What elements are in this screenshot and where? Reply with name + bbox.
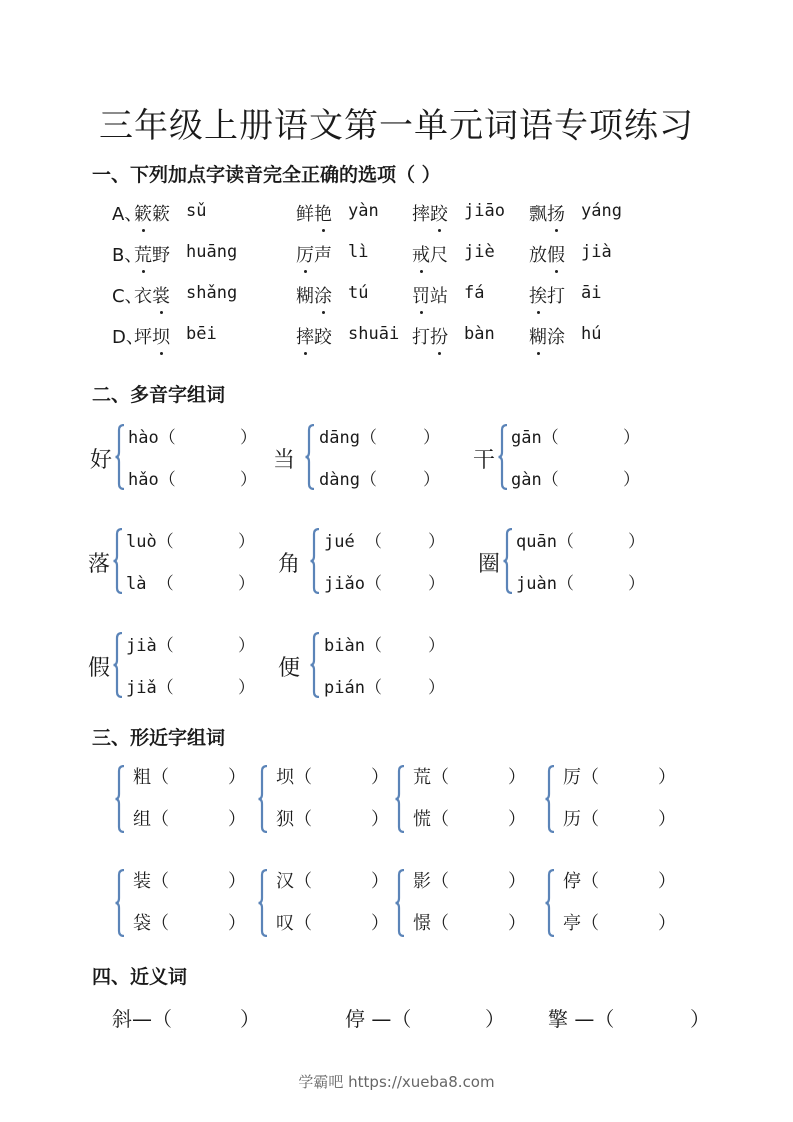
- option-pinyin: yáng: [581, 201, 622, 221]
- similar-char-group-4: 装（）袋（）: [115, 867, 255, 939]
- answer-close-paren: ）: [238, 673, 255, 698]
- option-pinyin: yàn: [348, 201, 379, 221]
- reading-line[interactable]: jué （: [324, 527, 382, 552]
- polyphone-group-0: 好hào（）hǎo（）: [90, 423, 280, 493]
- similar-char-group-0: 粗（）组（）: [115, 763, 255, 835]
- option-word: 鲜艳: [296, 200, 332, 226]
- synonym-item-1[interactable]: 停 —（: [345, 1003, 411, 1032]
- option-pinyin: sǔ: [186, 201, 206, 221]
- polyphone-char: 当: [273, 443, 295, 474]
- reading-line[interactable]: juàn（: [516, 569, 574, 594]
- polyphone-char: 落: [88, 547, 110, 578]
- brace-icon: [545, 765, 555, 833]
- answer-close-paren: ）: [228, 909, 246, 935]
- reading-line[interactable]: luò（: [126, 527, 174, 552]
- answer-close-paren: ）: [428, 569, 445, 594]
- answer-close-paren: ）: [658, 763, 676, 789]
- section2-heading: 二、多音字组词: [92, 380, 225, 407]
- answer-close-paren: ）: [428, 673, 445, 698]
- answer-close-paren: ）: [228, 805, 246, 831]
- polyphone-group-6: 假jià（）jiǎ（）: [88, 631, 278, 701]
- polyphone-group-2: 干gān（）gàn（）: [473, 423, 663, 493]
- option-pinyin: āi: [581, 283, 601, 303]
- option-pinyin: fá: [464, 283, 484, 303]
- reading-line[interactable]: gàn（: [511, 465, 559, 490]
- synonym-item-0[interactable]: 斜—（: [112, 1003, 172, 1032]
- reading-line[interactable]: jià（: [126, 631, 174, 656]
- section1-heading: 一、下列加点字读音完全正确的选项（ ）: [92, 160, 441, 187]
- answer-close-paren: ）: [238, 631, 255, 656]
- answer-close-paren: ）: [371, 763, 389, 789]
- answer-close-paren: ）: [240, 423, 257, 448]
- answer-close-paren: ）: [658, 909, 676, 935]
- option-row-d: D、坪坝bēi摔跤shuāi打扮bàn糊涂hú: [112, 323, 672, 353]
- brace-icon: [310, 528, 320, 594]
- option-word: 糊涂: [529, 323, 565, 349]
- option-pinyin: jiāo: [464, 201, 505, 221]
- answer-close-paren: ）: [623, 465, 640, 490]
- brace-icon: [545, 869, 555, 937]
- reading-line[interactable]: dāng（: [319, 423, 377, 448]
- answer-close-paren: ）: [423, 465, 440, 490]
- reading-line[interactable]: gān（: [511, 423, 559, 448]
- answer-close-paren: ）: [238, 527, 255, 552]
- brace-icon: [258, 765, 268, 833]
- reading-line[interactable]: jiǎ（: [126, 673, 174, 698]
- brace-icon: [115, 424, 125, 490]
- option-word: 簌簌: [134, 200, 170, 226]
- polyphone-char: 便: [278, 651, 300, 682]
- polyphone-group-1: 当dāng（）dàng（）: [273, 423, 463, 493]
- similar-char-group-7: 停（）亭（）: [545, 867, 685, 939]
- answer-close-paren: ）: [628, 569, 645, 594]
- similar-char-line[interactable]: 粗（: [133, 763, 169, 789]
- polyphone-char: 圈: [478, 547, 500, 578]
- option-word: 荒野: [134, 241, 170, 267]
- answer-close-paren: ）: [485, 1003, 505, 1032]
- brace-icon: [258, 869, 268, 937]
- option-pinyin: hú: [581, 324, 601, 344]
- similar-char-group-3: 厉（）历（）: [545, 763, 685, 835]
- polyphone-group-4: 角jué （）jiǎo（）: [278, 527, 468, 597]
- similar-char-group-5: 汉（）叹（）: [258, 867, 398, 939]
- reading-line[interactable]: dàng（: [319, 465, 377, 490]
- reading-line[interactable]: biàn（: [324, 631, 382, 656]
- answer-close-paren: ）: [228, 867, 246, 893]
- option-word: 放假: [529, 241, 565, 267]
- similar-char-group-2: 荒（）慌（）: [395, 763, 535, 835]
- reading-line[interactable]: hào（: [128, 423, 176, 448]
- section3-heading: 三、形近字组词: [92, 723, 225, 750]
- option-pinyin: lì: [348, 242, 368, 262]
- brace-icon: [498, 424, 508, 490]
- similar-char-group-6: 影（）憬（）: [395, 867, 535, 939]
- option-word: 挨打: [529, 282, 565, 308]
- polyphone-char: 角: [278, 547, 300, 578]
- synonym-item-2[interactable]: 擎 —（: [548, 1003, 614, 1032]
- answer-close-paren: ）: [508, 867, 526, 893]
- similar-char-group-1: 坝（）狈（）: [258, 763, 398, 835]
- answer-close-paren: ）: [623, 423, 640, 448]
- answer-close-paren: ）: [658, 805, 676, 831]
- similar-char-line[interactable]: 坝（: [276, 763, 312, 789]
- brace-icon: [113, 528, 123, 594]
- similar-char-line[interactable]: 影（: [413, 867, 449, 893]
- brace-icon: [115, 869, 125, 937]
- option-word: 打扮: [412, 323, 448, 349]
- answer-close-paren: ）: [371, 867, 389, 893]
- option-pinyin: huāng: [186, 242, 237, 262]
- answer-close-paren: ）: [371, 805, 389, 831]
- answer-close-paren: ）: [628, 527, 645, 552]
- brace-icon: [503, 528, 513, 594]
- polyphone-group-3: 落luò（）là （）: [88, 527, 278, 597]
- polyphone-group-5: 圈quān（）juàn（）: [478, 527, 668, 597]
- similar-char-line[interactable]: 组（: [133, 805, 169, 831]
- similar-char-line[interactable]: 狈（: [276, 805, 312, 831]
- answer-close-paren: ）: [423, 423, 440, 448]
- option-pinyin: shuāi: [348, 324, 399, 344]
- option-pinyin: bàn: [464, 324, 495, 344]
- brace-icon: [305, 424, 315, 490]
- brace-icon: [395, 765, 405, 833]
- option-row-b: B、荒野huāng厉声lì戒尺jiè放假jià: [112, 241, 672, 271]
- option-word: 摔跤: [412, 200, 448, 226]
- reading-line[interactable]: hǎo（: [128, 465, 176, 490]
- answer-close-paren: ）: [508, 805, 526, 831]
- option-word: 戒尺: [412, 241, 448, 267]
- similar-char-line[interactable]: 慌（: [413, 805, 449, 831]
- reading-line[interactable]: pián（: [324, 673, 382, 698]
- brace-icon: [115, 765, 125, 833]
- polyphone-group-7: 便biàn（）pián（）: [278, 631, 468, 701]
- option-word: 飘扬: [529, 200, 565, 226]
- similar-char-line[interactable]: 装（: [133, 867, 169, 893]
- answer-close-paren: ）: [240, 465, 257, 490]
- answer-close-paren: ）: [238, 569, 255, 594]
- option-word: 坪坝: [134, 323, 170, 349]
- reading-line[interactable]: là （: [126, 569, 174, 594]
- brace-icon: [113, 632, 123, 698]
- answer-close-paren: ）: [508, 909, 526, 935]
- option-row-a: A、簌簌sǔ鲜艳yàn摔跤jiāo飘扬yáng: [112, 200, 672, 230]
- similar-char-line[interactable]: 厉（: [563, 763, 599, 789]
- option-word: 罚站: [412, 282, 448, 308]
- brace-icon: [310, 632, 320, 698]
- polyphone-char: 好: [90, 443, 112, 474]
- answer-close-paren: ）: [428, 527, 445, 552]
- reading-line[interactable]: quān（: [516, 527, 574, 552]
- option-pinyin: bēi: [186, 324, 217, 344]
- similar-char-line[interactable]: 袋（: [133, 909, 169, 935]
- similar-char-line[interactable]: 荒（: [413, 763, 449, 789]
- option-word: 衣裳: [134, 282, 170, 308]
- option-pinyin: jià: [581, 242, 612, 262]
- option-row-c: C、衣裳shǎng糊涂tú罚站fá挨打āi: [112, 282, 672, 312]
- answer-close-paren: ）: [228, 763, 246, 789]
- polyphone-char: 假: [88, 651, 110, 682]
- option-pinyin: jiè: [464, 242, 495, 262]
- section4-heading: 四、近义词: [92, 962, 187, 989]
- similar-char-line[interactable]: 亭（: [563, 909, 599, 935]
- similar-char-line[interactable]: 叹（: [276, 909, 312, 935]
- option-word: 糊涂: [296, 282, 332, 308]
- page-title: 三年级上册语文第一单元词语专项练习: [0, 98, 793, 147]
- option-word: 厉声: [296, 241, 332, 267]
- answer-close-paren: ）: [658, 867, 676, 893]
- brace-icon: [395, 869, 405, 937]
- option-pinyin: tú: [348, 283, 368, 303]
- similar-char-line[interactable]: 历（: [563, 805, 599, 831]
- similar-char-line[interactable]: 停（: [563, 867, 599, 893]
- option-pinyin: shǎng: [186, 283, 237, 303]
- answer-close-paren: ）: [428, 631, 445, 656]
- answer-close-paren: ）: [240, 1003, 260, 1032]
- similar-char-line[interactable]: 憬（: [413, 909, 449, 935]
- answer-close-paren: ）: [371, 909, 389, 935]
- option-word: 摔跤: [296, 323, 332, 349]
- reading-line[interactable]: jiǎo（: [324, 569, 382, 594]
- polyphone-char: 干: [473, 443, 495, 474]
- similar-char-line[interactable]: 汉（: [276, 867, 312, 893]
- footer-watermark: 学霸吧 https://xueba8.com: [0, 1071, 793, 1092]
- answer-close-paren: ）: [508, 763, 526, 789]
- answer-close-paren: ）: [690, 1003, 710, 1032]
